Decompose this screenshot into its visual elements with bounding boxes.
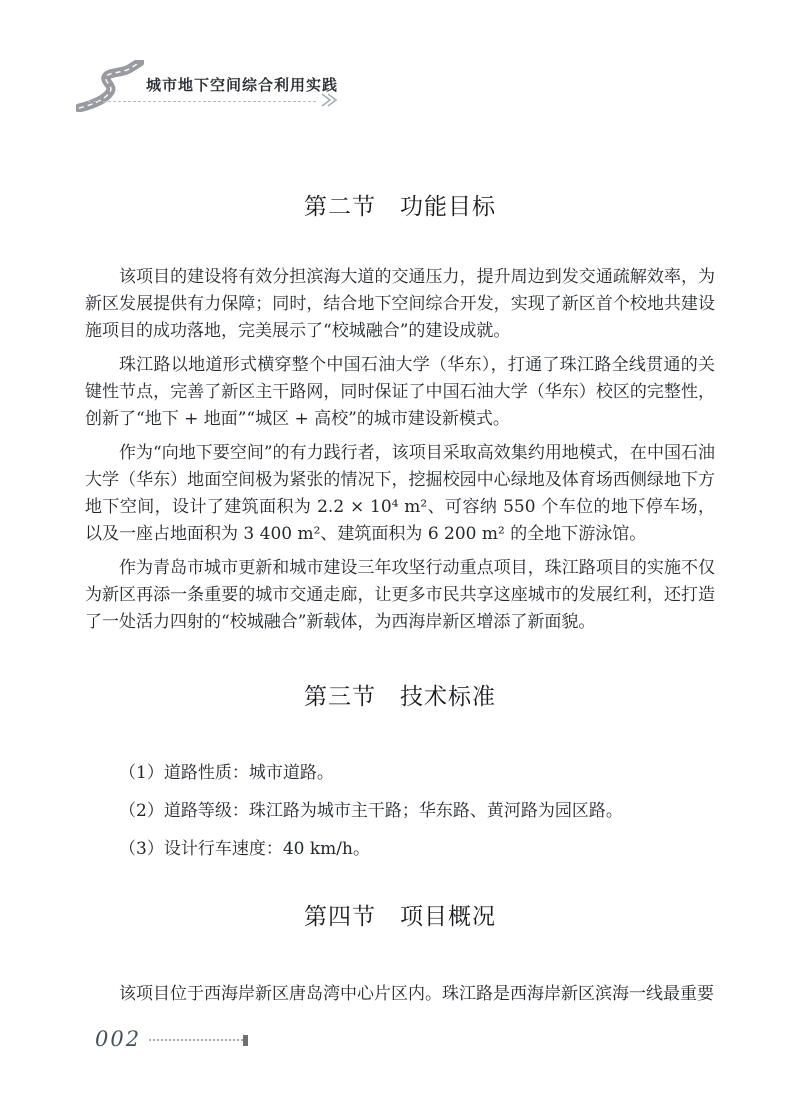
section-title-4: 第四节 项目概况 xyxy=(85,898,715,931)
section-3-body: （1）道路性质：城市道路。 （2）道路等级：珠江路为城市主干路；华东路、黄河路为… xyxy=(85,760,715,874)
double-chevron-icon xyxy=(318,91,340,109)
section-title-3: 第三节 技术标准 xyxy=(85,678,715,711)
paragraph: 作为青岛市城市更新和城市建设三年攻坚行动重点项目，珠江路项目的实施不仅为新区再添… xyxy=(85,555,715,636)
book-page: 城市地下空间综合利用实践 第二节 功能目标 该项目的建设将有效分担滨海大道的交通… xyxy=(0,0,799,1114)
page-footer: 002 xyxy=(95,1026,248,1052)
paragraph: 作为“向地下要空间”的有力践行者，该项目采取高效集约用地模式，在中国石油大学（华… xyxy=(85,440,715,548)
paragraph: 该项目位于西海岸新区唐岛湾中心片区内。珠江路是西海岸新区滨海一线最重要 xyxy=(85,981,715,1008)
section-2-body: 该项目的建设将有效分担滨海大道的交通压力，提升周边到发交通疏解效率，为新区发展提… xyxy=(85,264,715,643)
paragraph: 该项目的建设将有效分担滨海大道的交通压力，提升周边到发交通疏解效率，为新区发展提… xyxy=(85,264,715,345)
section-title-2: 第二节 功能目标 xyxy=(85,188,715,221)
book-title: 城市地下空间综合利用实践 xyxy=(146,74,338,95)
running-head: 城市地下空间综合利用实践 xyxy=(76,60,406,118)
list-item: （3）设计行车速度：40 km/h。 xyxy=(85,836,715,863)
header-dashed-rule xyxy=(88,101,316,102)
footer-dotted-rule xyxy=(149,1039,243,1041)
list-item: （1）道路性质：城市道路。 xyxy=(85,760,715,787)
list-item: （2）道路等级：珠江路为城市主干路；华东路、黄河路为园区路。 xyxy=(85,798,715,825)
footer-end-marker xyxy=(243,1035,248,1046)
paragraph: 珠江路以地道形式横穿整个中国石油大学（华东），打通了珠江路全线贯通的关键性节点，… xyxy=(85,352,715,433)
page-number: 002 xyxy=(95,1027,141,1051)
winding-road-icon xyxy=(76,60,144,112)
section-4-body: 该项目位于西海岸新区唐岛湾中心片区内。珠江路是西海岸新区滨海一线最重要 xyxy=(85,981,715,1015)
